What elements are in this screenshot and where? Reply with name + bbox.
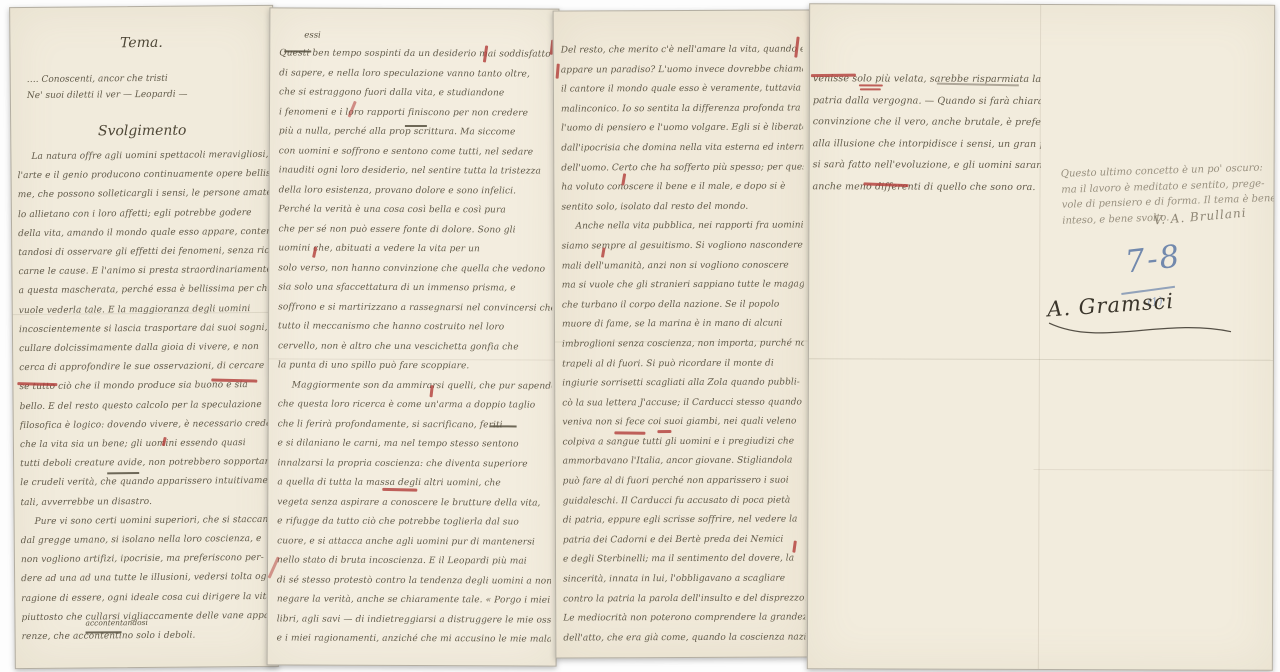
manuscript-line: anche meno differenti di quello che sono… [812, 176, 1040, 198]
section-heading: Svolgimento [11, 122, 273, 140]
manuscript-line: Ne' suoi diletti il ver — Leopardi — [27, 86, 263, 104]
manuscript-line: ammorbavano l'Italia, ancor giovane. Sti… [563, 452, 805, 473]
manuscript-line: di patria, eppure egli scrisse soffrire,… [563, 511, 805, 532]
manuscript-line: lo allietano con i loro affetti; egli po… [18, 204, 270, 225]
correction-underline-red [860, 88, 881, 90]
manuscript-line: con uomini e soffrono e sentono come tut… [279, 142, 553, 163]
manuscript-line: veniva non si fece coi suoi giambi, nei … [562, 413, 804, 434]
manuscript-line: nello stato di bruta incoscienza. E il L… [277, 551, 551, 572]
manuscript-line: della vita, amando il mondo quale esso a… [18, 223, 270, 244]
fold-crease [809, 358, 1273, 361]
ink-strikethrough [490, 425, 517, 427]
manuscript-line: imbroglioni senza coscienza, non importa… [562, 334, 804, 355]
correction-strikethrough-red [811, 74, 856, 78]
grade-mark: 7-8 [1123, 238, 1183, 280]
manuscript-line: le crudeli verità, che quando apparisser… [20, 472, 272, 493]
manuscript-line: a questa mascherata, perché essa è belli… [19, 280, 271, 301]
manuscript-page-1: Tema. …. Conoscenti, ancor che tristiNe'… [9, 5, 279, 669]
manuscript-line: e rifugge da tutto ciò che potrebbe togl… [277, 512, 551, 533]
manuscript-line: e i miei ragionamenti, anziché che mi ac… [277, 629, 551, 650]
manuscript-page-4: venisse solo più velata, sarebbe risparm… [807, 3, 1275, 671]
manuscript-line: Perché la verità è una cosa così bella e… [279, 200, 553, 221]
manuscript-line: Questi ben tempo sospinti da un desideri… [279, 44, 553, 65]
correction-underline-red [614, 431, 645, 434]
inserted-word: essi [304, 31, 321, 41]
manuscript-line: cullare dolcissimamente dalla gioia di v… [19, 338, 271, 359]
manuscript-line: di sé stesso protestò contro la tendenza… [277, 571, 551, 592]
manuscript-line: malinconico. Io so sentita la differenza… [561, 99, 803, 120]
manuscript-line: ragione di essere, ogni ideale cosa cui … [21, 588, 273, 609]
ink-strikethrough [86, 631, 122, 633]
manuscript-line: trapeli al di fuori. Si può ricordare il… [562, 354, 804, 375]
manuscript-line: cò la sua lettera J'accuse; il Carducci … [562, 393, 804, 414]
manuscript-line: siamo sempre al gesuitismo. Si vogliono … [562, 236, 804, 257]
manuscript-page-3: Del resto, che merito c'è nell'amare la … [553, 9, 814, 658]
manuscript-line: e degli Sterbinelli; ma il sentimento de… [563, 550, 805, 571]
correction-tick-red [556, 64, 560, 79]
manuscript-line: può fare al di fuori perché non appariss… [563, 472, 805, 493]
manuscript-line: ingiurie sorrisetti scagliati alla Zola … [562, 374, 804, 395]
manuscript-line: tutti deboli creature avide, non potrebb… [20, 453, 272, 474]
ink-strikethrough [405, 125, 427, 127]
manuscript-line: cerca di approfondire le sue osservazion… [19, 357, 271, 378]
manuscript-line: l'uomo di pensiero e l'uomo volgare. Egl… [561, 119, 803, 140]
inserted-word: accontentandosi [85, 618, 147, 628]
manuscript-line: di sapere, e nella loro speculazione van… [279, 64, 553, 85]
manuscript-line: tandosi di osservare gli effetti dei fen… [18, 242, 270, 263]
manuscript-line: ma si vuole che gli stranieri sappiano t… [562, 276, 804, 297]
manuscript-line: tali, avverrebbe un disastro. [20, 492, 272, 513]
scanned-manuscript: Tema. …. Conoscenti, ancor che tristiNe'… [0, 0, 1280, 672]
manuscript-line: sincerità, innata in lui, l'obbligavano … [563, 570, 805, 591]
manuscript-line: soffrono e si martirizzano a rassegnarsi… [278, 298, 552, 319]
manuscript-line: che questa loro ricerca è come un'arma a… [278, 395, 552, 416]
manuscript-line: negare la verità, anche se chiaramente t… [277, 590, 551, 611]
manuscript-line: non vogliono artifizi, ipocrisie, ma pre… [21, 549, 273, 570]
manuscript-line: Le mediocrità non poterono comprendere l… [563, 609, 805, 630]
essay-title: Tema. [10, 34, 272, 52]
manuscript-line: Pure vi sono certi uomini superiori, che… [21, 511, 273, 532]
manuscript-line: convinzione che il vero, anche brutale, … [813, 111, 1041, 133]
manuscript-line: Anche nella vita pubblica, nei rapporti … [561, 217, 803, 238]
manuscript-line: muore di fame, se la marina è in mano di… [562, 315, 804, 336]
manuscript-line: che la vita sia un bene; gli uomini esse… [20, 434, 272, 455]
manuscript-line: venisse solo più velata, sarebbe risparm… [813, 68, 1041, 90]
manuscript-line: dere ad una ad una tutte le illusioni, v… [21, 568, 273, 589]
manuscript-line: La natura offre agli uomini spettacoli m… [17, 146, 269, 167]
manuscript-line: della loro esistenza, provano dolore e s… [279, 181, 553, 202]
manuscript-line: uomini che, abituati a vedere la vita pe… [278, 239, 552, 260]
manuscript-line: carne le cause. E l'animo si presta stra… [18, 261, 270, 282]
manuscript-line: vegeta senza aspirare a conoscere le bru… [277, 493, 551, 514]
manuscript-line: solo verso, non hanno convinzione che qu… [278, 259, 552, 280]
manuscript-line: dell'atto, che era già come, quando la c… [563, 628, 805, 649]
manuscript-line: il cantore il mondo quale esso è veramen… [561, 80, 803, 101]
manuscript-line: sia solo una sfaccettatura di un immenso… [278, 278, 552, 299]
manuscript-line: sentito solo, isolato dal resto del mond… [561, 197, 803, 218]
signature-flourish [1045, 317, 1235, 352]
manuscript-line: libri, agli savi — di indietreggiarsi a … [277, 610, 551, 631]
ink-strikethrough [107, 472, 139, 474]
manuscript-line: Maggiormente son da ammirarsi quelli, ch… [278, 376, 552, 397]
manuscript-line: dal gregge umano, si isolano nella loro … [21, 530, 273, 551]
manuscript-line: dall'ipocrisia che domina nella vita est… [561, 138, 803, 159]
manuscript-line: contro la patria la parola dell'insulto … [563, 589, 805, 610]
manuscript-line: filosofica è logico: dovendo vivere, è n… [20, 415, 272, 436]
page1-body: La natura offre agli uomini spettacoli m… [17, 146, 273, 647]
manuscript-line: innalzarsi la propria coscienza: che div… [277, 454, 551, 475]
manuscript-line: e si dilaniano le carni, ma nel tempo st… [277, 434, 551, 455]
manuscript-line: appare un paradiso? L'uomo invece dovreb… [561, 60, 803, 81]
manuscript-line: incoscientemente si lascia trasportare d… [19, 319, 271, 340]
manuscript-line: me, che possono solleticargli i sensi, l… [18, 184, 270, 205]
manuscript-line: dell'uomo. Certo che ha sofferto più spe… [561, 158, 803, 179]
manuscript-line: tutto il meccanismo che hanno costruito … [278, 317, 552, 338]
manuscript-line: l'arte e il genio producono continuament… [18, 165, 270, 186]
manuscript-line: patria dalla vergogna. — Quando si farà … [813, 90, 1041, 112]
manuscript-line: guidaleschi. Il Carducci fu accusato di … [563, 491, 805, 512]
manuscript-page-2: essi Questi ben tempo sospinti da un des… [267, 7, 560, 666]
manuscript-line: vuole vederla tale. E la maggioranza deg… [19, 300, 271, 321]
manuscript-line: cuore, e si attacca anche agli uomini pu… [277, 532, 551, 553]
manuscript-line: alla illusione che intorpidisce i sensi,… [813, 133, 1041, 155]
manuscript-line: colpiva a sangue tutti gli uomini e i pr… [562, 432, 804, 453]
correction-underline-red [859, 84, 883, 86]
manuscript-line: che si estraggono fuori dalla vita, e st… [279, 83, 553, 104]
ink-strikethrough [284, 50, 311, 52]
page2-body: Questi ben tempo sospinti da un desideri… [277, 44, 554, 650]
manuscript-line: Del resto, che merito c'è nell'amare la … [561, 40, 803, 61]
fold-crease [1034, 469, 1273, 471]
epigraph: …. Conoscenti, ancor che tristiNe' suoi … [27, 70, 263, 104]
manuscript-line: che turbano il corpo della nazione. Se i… [562, 295, 804, 316]
manuscript-line: patria dei Cadorni e dei Bertè preda dei… [563, 530, 805, 551]
manuscript-line: si sarà fatto nell'evoluzione, e gli uom… [813, 154, 1041, 176]
page4-body: venisse solo più velata, sarebbe risparm… [812, 68, 1040, 198]
page3-body: Del resto, che merito c'è nell'amare la … [561, 40, 806, 648]
manuscript-line: renze, che accontentino solo i deboli. [22, 626, 274, 647]
manuscript-line: cervello, non è altro che una vescichett… [278, 337, 552, 358]
manuscript-line: mali dell'umanità, anzi non si vogliono … [562, 256, 804, 277]
manuscript-line: bello. E del resto questo calcolo per la… [20, 396, 272, 417]
manuscript-line: inauditi ogni loro desiderio, nel sentir… [279, 161, 553, 182]
manuscript-line: i fenomeni e i loro rapporti finiscono p… [279, 103, 553, 124]
manuscript-line: che per sé non può essere fonte di dolor… [278, 220, 552, 241]
manuscript-line: ha voluto conoscere il bene e il male, e… [561, 178, 803, 199]
correction-underline-red [657, 430, 671, 433]
